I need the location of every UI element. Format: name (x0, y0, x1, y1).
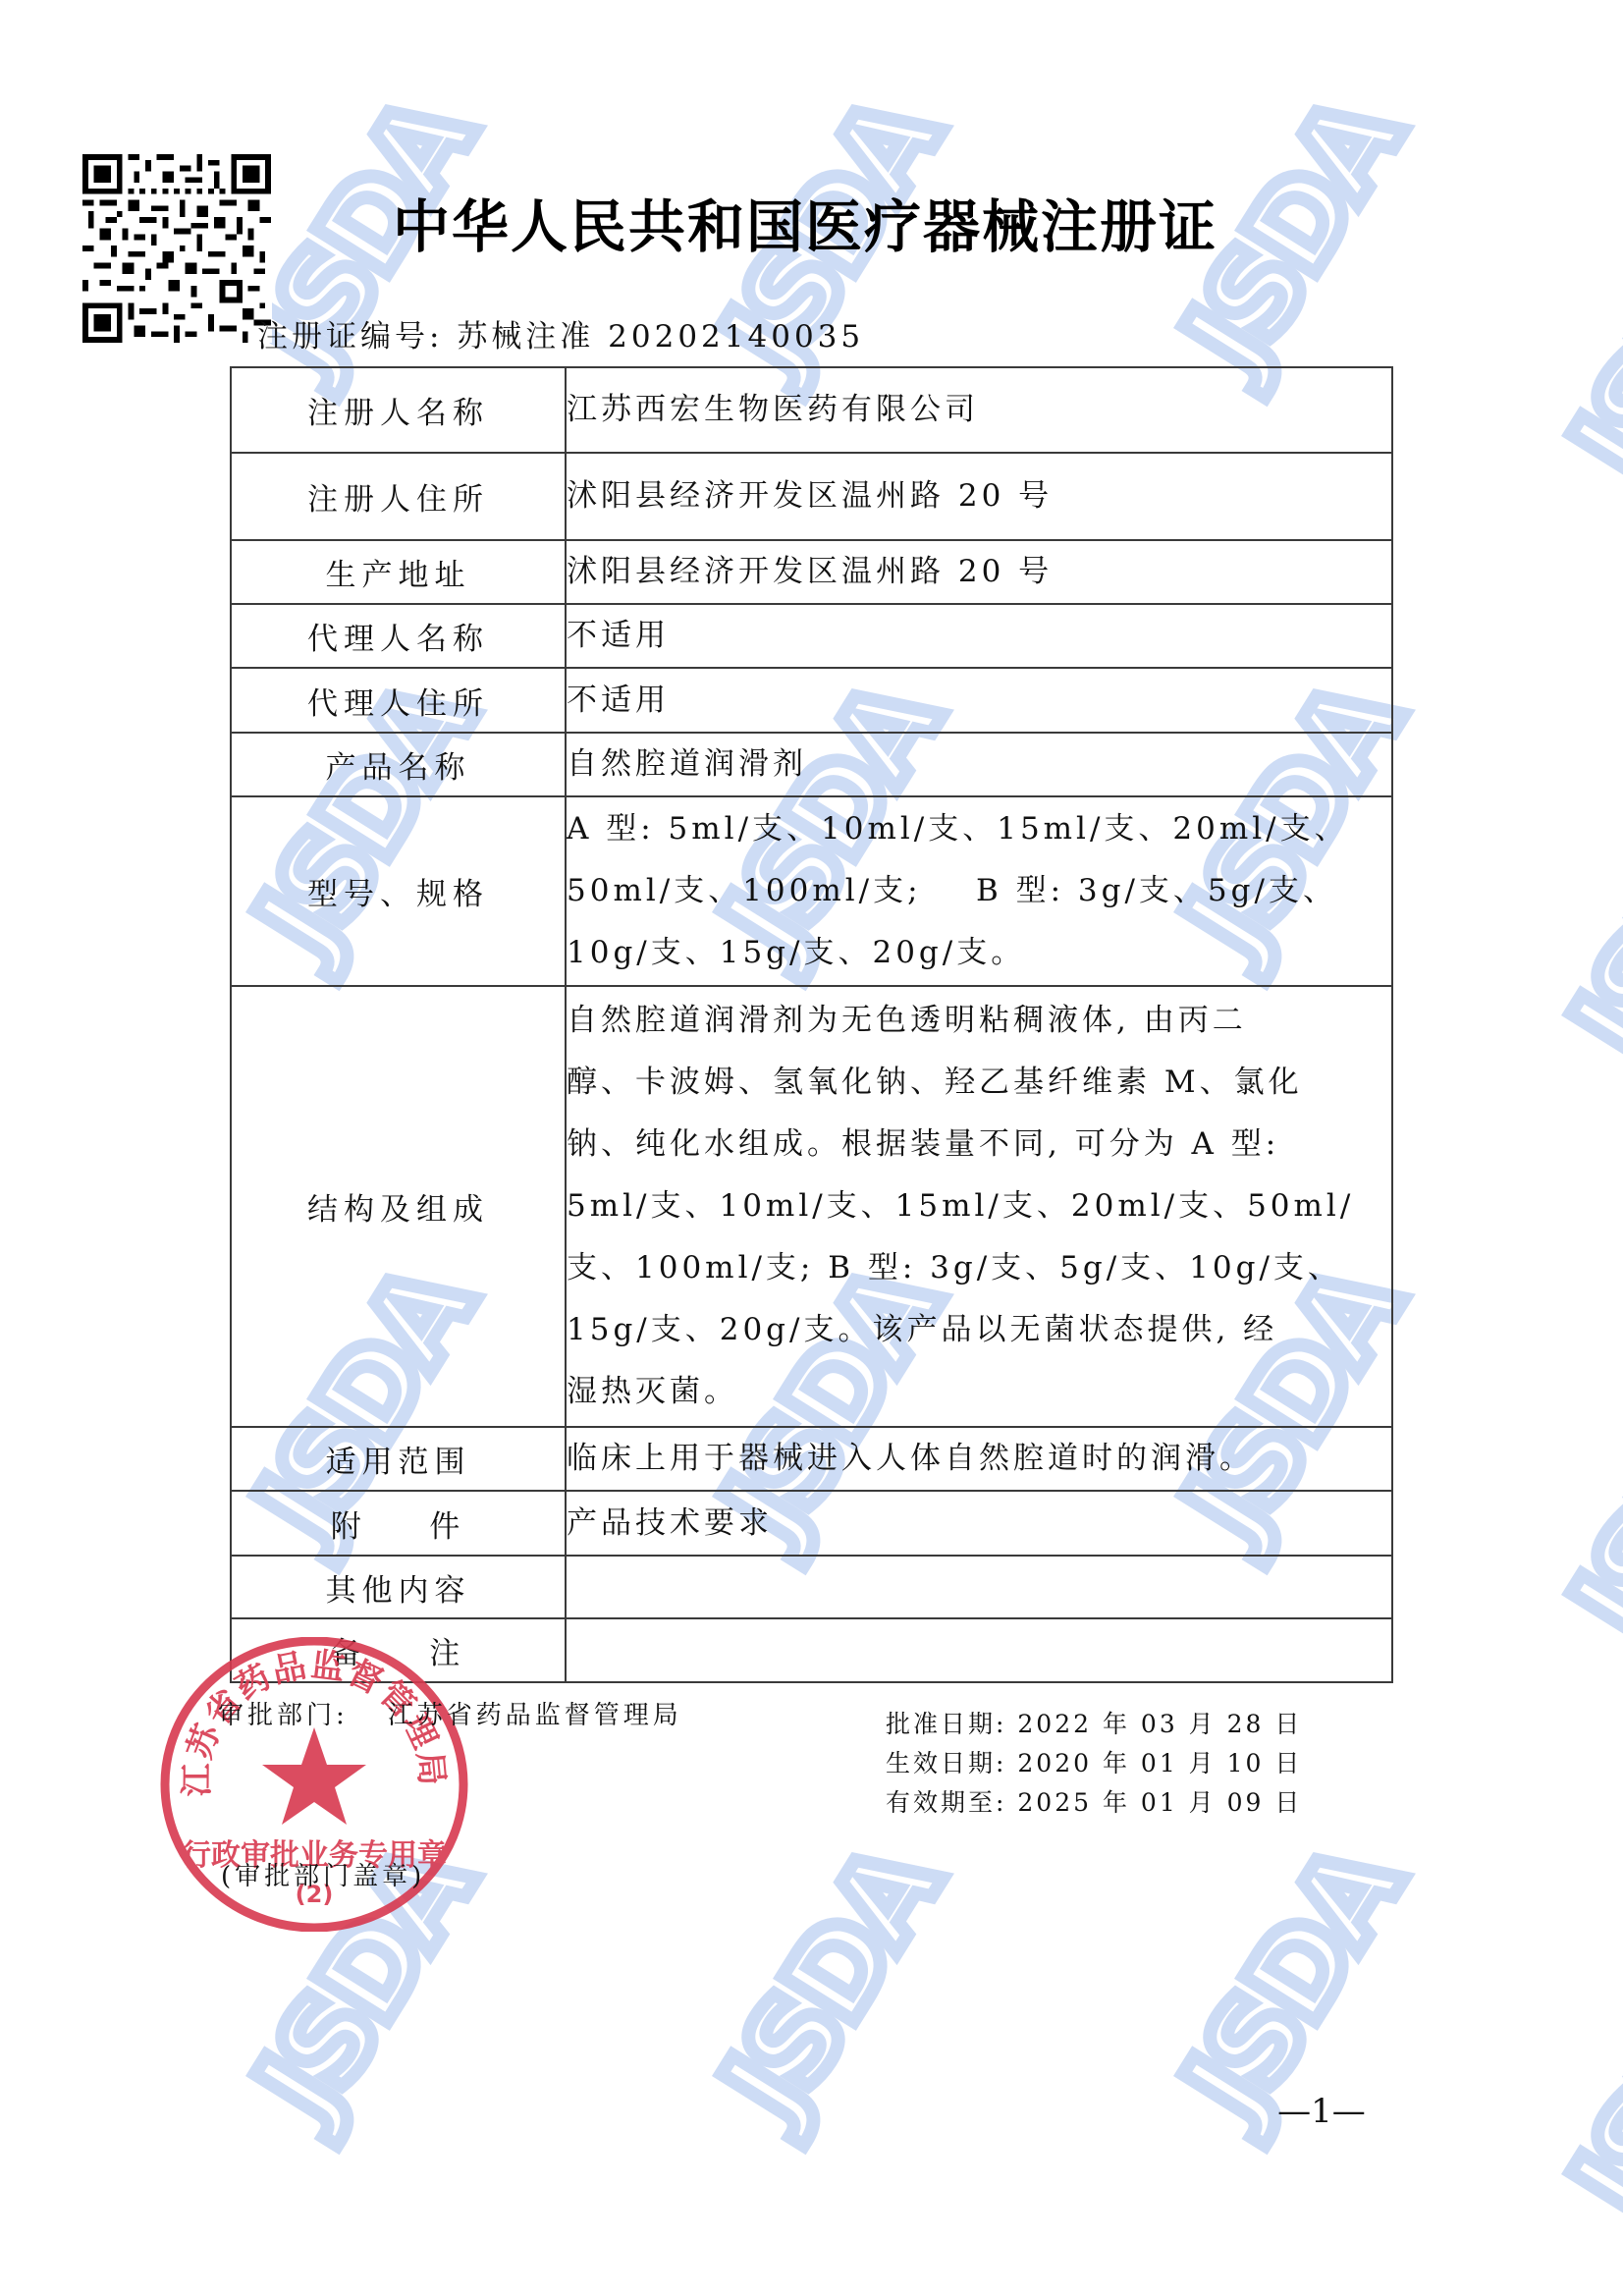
table-row: 结构及组成 自然腔道润滑剂为无色透明粘稠液体, 由丙二 醇、卡波姆、氢氧化钠、羟… (231, 986, 1392, 1427)
approval-date: 批准日期: 2022 年 03 月 28 日 (886, 1705, 1302, 1744)
page-number: —1— (1272, 2090, 1371, 2133)
table-row: 注册人名称 江苏西宏生物医药有限公司 (231, 367, 1392, 453)
row-label: 型号、规格 (231, 796, 566, 986)
table-row: 注册人住所 沭阳县经济开发区温州路 20 号 (231, 453, 1392, 540)
row-value: 不适用 (566, 604, 1392, 668)
registration-number-label: 注册证编号: (257, 319, 443, 355)
value-line: 自然腔道润滑剂为无色透明粘稠液体, 由丙二 (567, 990, 1391, 1052)
value-line: 15g/支、20g/支。该产品以无菌状态提供, 经 (567, 1299, 1391, 1361)
row-label: 代理人名称 (231, 604, 566, 668)
table-row: 适用范围 临床上用于器械进入人体自然腔道时的润滑。 (231, 1427, 1392, 1491)
qr-code-icon (81, 154, 272, 343)
row-value (566, 1556, 1392, 1618)
row-label: 生产地址 (231, 540, 566, 604)
value-line: 湿热灭菌。 (567, 1361, 1391, 1423)
row-value (566, 1618, 1392, 1682)
row-label: 注册人名称 (231, 367, 566, 453)
row-value: 临床上用于器械进入人体自然腔道时的润滑。 (566, 1427, 1392, 1491)
value-line: 江苏西宏生物医药有限公司 (567, 379, 1391, 441)
row-label: 结构及组成 (231, 986, 566, 1427)
watermark-jsda: JSDA (1532, 776, 1623, 1070)
watermark-jsda: JSDA (1532, 1935, 1623, 2229)
row-value: A 型: 5ml/支、10ml/支、15ml/支、20ml/支、 50ml/支、… (566, 796, 1392, 986)
row-label: 适用范围 (231, 1427, 566, 1491)
dates-block: 批准日期: 2022 年 03 月 28 日 生效日期: 2020 年 01 月… (886, 1705, 1302, 1823)
date-label: 生效日期: (886, 1749, 1006, 1777)
value-line: 5ml/支、10ml/支、15ml/支、20ml/支、50ml/ (567, 1175, 1391, 1237)
date-label: 有效期至: (886, 1788, 1006, 1817)
row-label: 附 件 (231, 1491, 566, 1556)
table-row: 生产地址 沭阳县经济开发区温州路 20 号 (231, 540, 1392, 604)
table-row: 代理人住所 不适用 (231, 668, 1392, 733)
value-line: 50ml/支、100ml/支; B 型: 3g/支、5g/支、 (567, 860, 1391, 922)
value-line: 沭阳县经济开发区温州路 20 号 (567, 465, 1391, 527)
value-line: 不适用 (567, 670, 1391, 732)
row-value: 沭阳县经济开发区温州路 20 号 (566, 453, 1392, 540)
value-line: A 型: 5ml/支、10ml/支、15ml/支、20ml/支、 (567, 798, 1391, 860)
approver-label: 审批部门: (218, 1701, 349, 1730)
registration-number-line: 注册证编号: 苏械注准 20202140035 (257, 314, 864, 359)
row-label: 注册人住所 (231, 453, 566, 540)
approver-line: 审批部门:江苏省药品监督管理局 (218, 1695, 682, 1731)
watermark-jsda: JSDA (682, 1836, 977, 2131)
date-value: 2020 年 01 月 10 日 (1017, 1749, 1302, 1777)
value-line: 醇、卡波姆、氢氧化钠、羟乙基纤维素 M、氯化 (567, 1052, 1391, 1114)
value-line: 临床上用于器械进入人体自然腔道时的润滑。 (567, 1428, 1391, 1490)
row-value: 自然腔道润滑剂 (566, 733, 1392, 796)
table-row: 附 件 产品技术要求 (231, 1491, 1392, 1556)
row-value: 自然腔道润滑剂为无色透明粘稠液体, 由丙二 醇、卡波姆、氢氧化钠、羟乙基纤维素 … (566, 986, 1392, 1427)
value-line: 10g/支、15g/支、20g/支。 (567, 922, 1391, 984)
value-line: 不适用 (567, 605, 1391, 667)
watermark-jsda: JSDA (1144, 1836, 1438, 2131)
table-row: 型号、规格 A 型: 5ml/支、10ml/支、15ml/支、20ml/支、 5… (231, 796, 1392, 986)
watermark-jsda: JSDA (1532, 1355, 1623, 1650)
date-value: 2022 年 03 月 28 日 (1017, 1710, 1302, 1738)
document-title: 中华人民共和国医疗器械注册证 (393, 192, 1237, 261)
certificate-table: 注册人名称 江苏西宏生物医药有限公司 注册人住所 沭阳县经济开发区温州路 20 … (230, 366, 1393, 1683)
row-label: 代理人住所 (231, 668, 566, 733)
table-row: 代理人名称 不适用 (231, 604, 1392, 668)
row-value: 江苏西宏生物医药有限公司 (566, 367, 1392, 453)
row-value: 沭阳县经济开发区温州路 20 号 (566, 540, 1392, 604)
watermark-jsda: JSDA (1532, 196, 1623, 491)
row-label: 产品名称 (231, 733, 566, 796)
row-value: 不适用 (566, 668, 1392, 733)
table-row: 产品名称 自然腔道润滑剂 (231, 733, 1392, 796)
expiry-date: 有效期至: 2025 年 01 月 09 日 (886, 1783, 1302, 1823)
date-value: 2025 年 01 月 09 日 (1017, 1788, 1302, 1817)
value-line: 支、100ml/支; B 型: 3g/支、5g/支、10g/支、 (567, 1237, 1391, 1299)
table-row: 其他内容 (231, 1556, 1392, 1618)
approver-name: 江苏省药品监督管理局 (388, 1701, 682, 1730)
date-label: 批准日期: (886, 1710, 1006, 1738)
value-line: 钠、纯化水组成。根据装量不同, 可分为 A 型: (567, 1114, 1391, 1175)
qr-code (81, 154, 272, 343)
value-line: 产品技术要求 (567, 1493, 1391, 1555)
registration-number: 苏械注准 20202140035 (457, 319, 864, 355)
effective-date: 生效日期: 2020 年 01 月 10 日 (886, 1744, 1302, 1783)
value-line: 自然腔道润滑剂 (567, 734, 1391, 795)
stamp-note: (审批部门盖章) (221, 1856, 425, 1892)
row-label: 其他内容 (231, 1556, 566, 1618)
row-value: 产品技术要求 (566, 1491, 1392, 1556)
value-line: 沭阳县经济开发区温州路 20 号 (567, 541, 1391, 603)
